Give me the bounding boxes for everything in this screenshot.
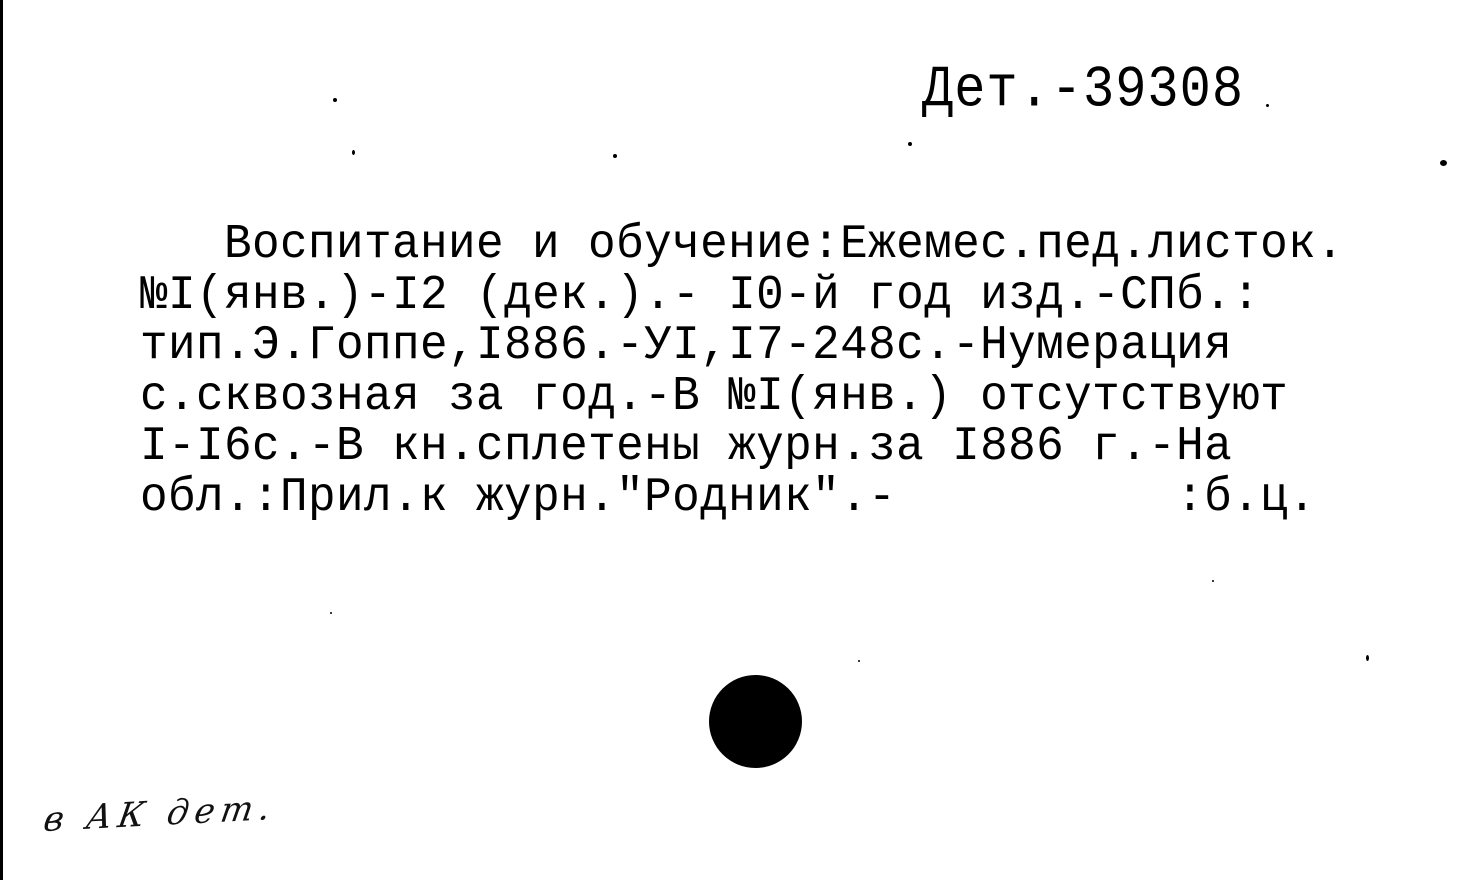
scan-speck	[1212, 580, 1214, 582]
catalog-card: Дет.-39308 Воспитание и обучение:Ежемес.…	[0, 0, 1464, 880]
entry-line-issues: №I(янв.)-I2 (дек.).- I0-й год изд.-СПб.:	[140, 269, 1450, 322]
card-edge-shadow	[0, 0, 3, 880]
entry-line-cover-note: обл.:Прил.к журн."Родник".- :б.ц.	[140, 471, 1450, 524]
punch-hole	[709, 675, 802, 768]
entry-line-binding-note: I-I6с.-В кн.сплетены журн.за I886 г.-На	[140, 420, 1450, 473]
scan-speck	[1366, 655, 1369, 661]
entry-line-pagination-note: с.сквозная за год.-В №I(янв.) отсутствую…	[140, 370, 1450, 423]
handwritten-note: в АК дет.	[41, 788, 279, 841]
scan-speck	[330, 612, 332, 614]
bibliographic-entry: Воспитание и обучение:Ежемес.пед.листок.…	[140, 218, 1450, 521]
scan-speck	[352, 150, 355, 155]
scan-speck	[333, 98, 337, 102]
scan-speck	[1440, 160, 1447, 166]
scan-speck	[908, 142, 912, 146]
scan-speck	[613, 154, 617, 158]
shelf-mark: Дет.-39308	[922, 62, 1244, 120]
entry-line-imprint: тип.Э.Гоппе,I886.-УI,I7-248с.-Нумерация	[140, 319, 1450, 372]
scan-speck	[858, 660, 860, 662]
entry-line-title: Воспитание и обучение:Ежемес.пед.листок.	[140, 218, 1450, 271]
scan-speck	[1266, 104, 1269, 107]
